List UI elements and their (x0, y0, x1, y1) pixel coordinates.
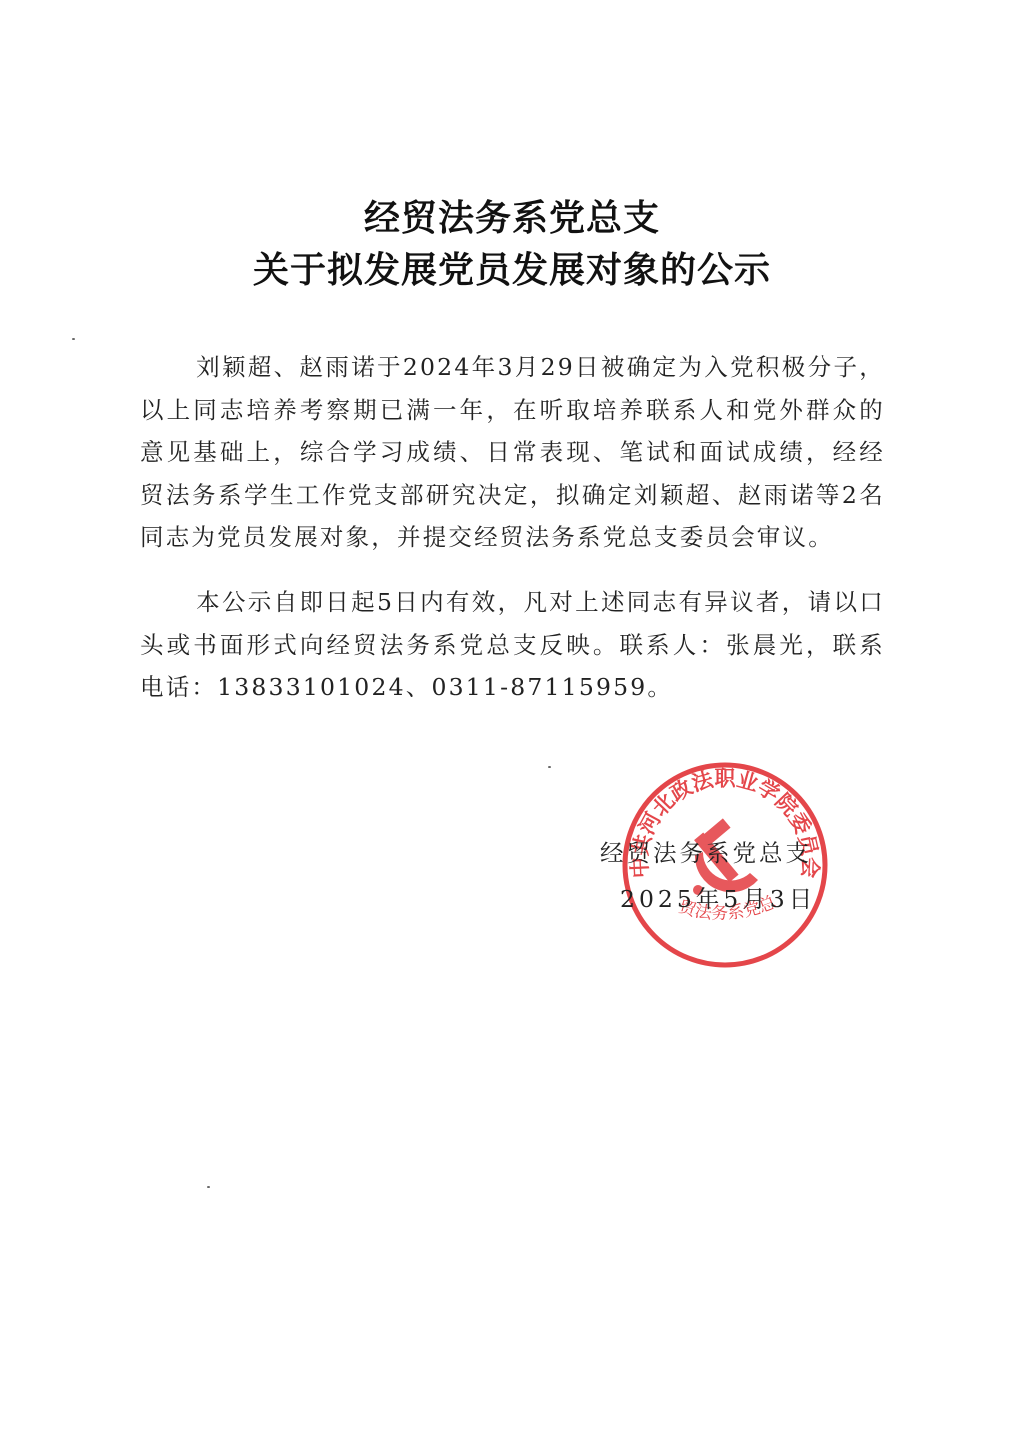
scan-speck (548, 766, 551, 768)
scan-speck (207, 1186, 210, 1188)
signature-date: 2025年5月3日 (620, 880, 816, 914)
paragraph-announcement: 刘颖超、赵雨诺于2024年3月29日被确定为入党积极分子，以上同志培养考察期已满… (140, 346, 885, 559)
signature-organization: 经贸法务系党总支 (600, 834, 812, 868)
paragraph-contact: 本公示自即日起5日内有效，凡对上述同志有异议者，请以口头或书面形式向经贸法务系党… (140, 581, 885, 709)
paragraph-1-text: 刘颖超、赵雨诺于2024年3月29日被确定为入党积极分子，以上同志培养考察期已满… (140, 353, 885, 551)
document-title-line1: 经贸法务系党总支 (0, 190, 1024, 241)
document-title-line2: 关于拟发展党员发展对象的公示 (0, 242, 1024, 293)
paragraph-2-text: 本公示自即日起5日内有效，凡对上述同志有异议者，请以口头或书面形式向经贸法务系党… (140, 588, 885, 701)
scan-speck (72, 338, 75, 340)
